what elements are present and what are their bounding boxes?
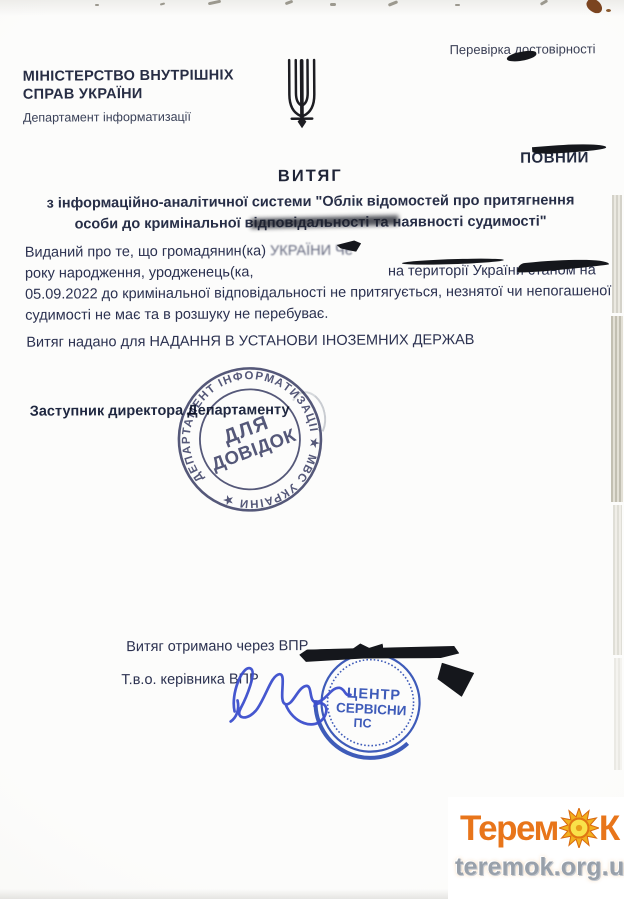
scan-speck xyxy=(330,3,336,6)
body-line-1: Виданий про те, що громадянин(ка) УКРАЇН… xyxy=(25,243,353,261)
watermark-url: teremok.org.ua xyxy=(455,853,624,882)
round-stamp-dlia-dovidok: ДЕПАРТАМЕНТ ІНФОРМАТИЗАЦІЇ ★ МВС УКРАЇНИ… xyxy=(174,364,325,515)
purpose-line: Витяг надано для НАДАННЯ В УСТАНОВИ ІНОЗ… xyxy=(26,332,474,351)
sun-icon xyxy=(559,808,599,848)
body-line-4: судимості не має та в розшуку не перебув… xyxy=(25,306,328,324)
scan-speck xyxy=(455,4,460,6)
ministry-name-line1: МІНІСТЕРСТВО ВНУТРІШНІХ xyxy=(23,66,253,85)
scan-edge-band xyxy=(611,316,623,502)
body-line-3: 05.09.2022 до кримінальної відповідально… xyxy=(25,283,611,303)
department-name: Департамент інформатизації xyxy=(23,109,253,124)
document-title: ВИТЯГ xyxy=(0,165,622,188)
ukraine-trident-emblem xyxy=(280,57,324,129)
body-line-2-left: року народження, уродженець(ка, xyxy=(25,264,254,281)
ministry-name-line2: СПРАВ УКРАЇНИ xyxy=(23,84,253,103)
scan-edge-band xyxy=(613,505,622,655)
scan-edge-band xyxy=(614,658,622,770)
ministry-header: МІНІСТЕРСТВО ВНУТРІШНІХ СПРАВ УКРАЇНИ Де… xyxy=(23,66,253,124)
watermark-brand: Терем К xyxy=(460,808,619,850)
redaction-mark xyxy=(436,662,475,697)
body-line-1-text: Виданий про те, що громадянин(ка) xyxy=(25,243,266,260)
watermark-brand-suffix: К xyxy=(599,809,619,849)
handwritten-signature xyxy=(226,647,372,736)
scanned-document-page: Перевірка достовірності МІНІСТЕРСТВО ВНУ… xyxy=(0,0,624,899)
scan-speck xyxy=(95,4,99,6)
scan-stain xyxy=(606,9,611,12)
document-subtitle-line1: з інформаційно-аналітичної системи "Облі… xyxy=(0,192,623,212)
watermark-brand-prefix: Терем xyxy=(460,809,558,849)
scan-edge-band xyxy=(612,195,622,313)
watermark-teremok: Терем К teremok.org.ua xyxy=(448,797,624,899)
